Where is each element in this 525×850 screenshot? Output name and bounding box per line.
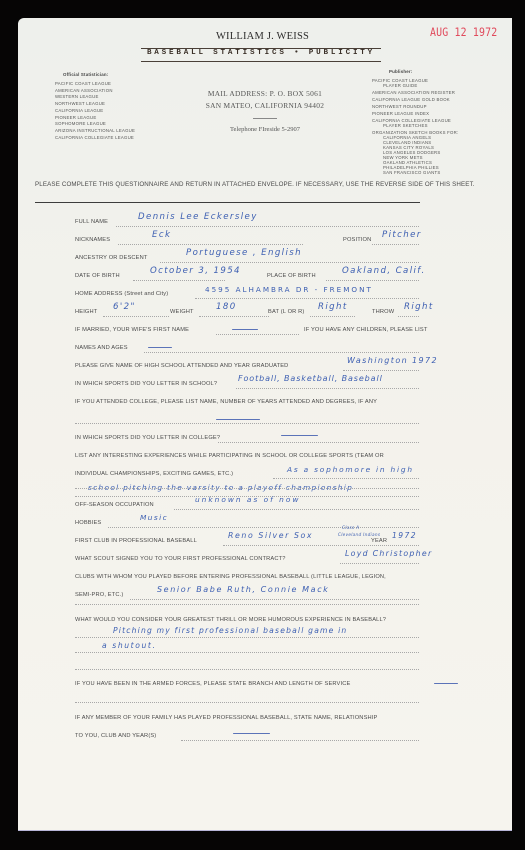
mail-address-line1: MAIL ADDRESS: P. O. BOX 5061 — [170, 88, 360, 100]
first-club-affiliate-note: Cleveland Indians — [338, 532, 380, 537]
date-of-birth-line — [133, 280, 225, 281]
statistician-item: PACIFIC COAST LEAGUE — [55, 81, 135, 88]
statistician-item: CALIFORNIA LEAGUE — [55, 108, 135, 115]
children-names-label: NAMES AND AGES — [75, 345, 128, 351]
experiences-label-line1: LIST ANY INTERESTING EXPERIENCES WHILE P… — [75, 453, 384, 459]
year-label: YEAR — [371, 538, 387, 544]
college-sports-dash — [281, 435, 318, 436]
date-of-birth-answer[interactable]: October 3, 1954 — [150, 266, 241, 276]
instructions-rule — [35, 202, 420, 203]
family-label-line2: TO YOU, CLUB AND YEAR(S) — [75, 733, 156, 739]
thrill-line3 — [75, 669, 419, 670]
scout-label: WHAT SCOUT SIGNED YOU TO YOUR FIRST PROF… — [75, 556, 286, 562]
place-of-birth-answer[interactable]: Oakland, Calif. — [342, 266, 426, 276]
publisher-item: AMERICAN ASSOCIATION REGISTER — [372, 90, 458, 95]
letterhead-name: WILLIAM J. WEISS — [0, 31, 525, 42]
ancestry-label: ANCESTRY OR DESCENT — [75, 255, 147, 261]
wife-name-line — [216, 334, 299, 335]
position-answer[interactable]: Pitcher — [382, 230, 422, 240]
publisher-item: CALIFORNIA COLLEGIATE LEAGUE — [372, 118, 458, 123]
statistician-item: PIONEER LEAGUE — [55, 115, 135, 122]
publisher-item: PLAYER GUIDE — [372, 83, 458, 88]
scout-line — [340, 563, 419, 564]
bat-answer[interactable]: Right — [318, 302, 348, 312]
clubs-before-line — [130, 599, 419, 600]
statistician-item: ARIZONA INSTRUCTIONAL LEAGUE — [55, 128, 135, 135]
year-answer[interactable]: 1972 — [392, 531, 417, 540]
bat-line — [310, 316, 355, 317]
school-sports-label: IN WHICH SPORTS DID YOU LETTER IN SCHOOL… — [75, 381, 217, 387]
weight-line — [199, 316, 269, 317]
experiences-line1 — [273, 478, 419, 479]
bat-label: BAT (L OR R) — [268, 309, 304, 315]
ancestry-line — [160, 262, 419, 263]
thrill-line1 — [75, 637, 419, 638]
publisher-list: PACIFIC COAST LEAGUE PLAYER GUIDE AMERIC… — [372, 78, 458, 175]
full-name-answer[interactable]: Dennis Lee Eckersley — [138, 212, 258, 222]
experiences-label-line2: INDIVIDUAL CHAMPIONSHIPS, EXCITING GAMES… — [75, 471, 233, 477]
height-label: HEIGHT — [75, 309, 97, 315]
statistician-heading: Official Statistician: — [63, 72, 108, 77]
off-season-line — [174, 509, 419, 510]
thrill-label: WHAT WOULD YOU CONSIDER YOUR GREATEST TH… — [75, 617, 386, 623]
experiences-answer-line1[interactable]: As a sophomore in high — [287, 465, 414, 474]
position-label: POSITION — [343, 237, 371, 243]
family-line — [181, 740, 419, 741]
full-name-label: FULL NAME — [75, 219, 108, 225]
telephone: Telephone FIreside 5-2907 — [170, 126, 360, 133]
children-names-line — [144, 352, 419, 353]
college-sports-line — [218, 442, 419, 443]
nicknames-line — [118, 244, 303, 245]
first-club-label: FIRST CLUB IN PROFESSIONAL BASEBALL — [75, 538, 197, 544]
armed-forces-dash — [434, 683, 458, 684]
children-label: IF YOU HAVE ANY CHILDREN, PLEASE LIST — [304, 327, 427, 333]
thrill-answer-line2[interactable]: a shutout. — [102, 641, 156, 650]
high-school-answer[interactable]: Washington 1972 — [347, 356, 438, 365]
date-of-birth-label: DATE OF BIRTH — [75, 273, 120, 279]
letterhead-rule-bottom — [141, 61, 381, 62]
off-season-label: OFF-SEASON OCCUPATION — [75, 502, 154, 508]
publisher-item: PIONEER LEAGUE INDEX — [372, 111, 458, 116]
statistician-item: CALIFORNIA COLLEGIATE LEAGUE — [55, 135, 135, 142]
armed-forces-label: IF YOU HAVE BEEN IN THE ARMED FORCES, PL… — [75, 681, 350, 687]
height-line — [103, 316, 169, 317]
publisher-item: ORGANIZATION SKETCH BOOKS FOR: — [372, 130, 458, 135]
family-label-line1: IF ANY MEMBER OF YOUR FAMILY HAS PLAYED … — [75, 715, 377, 721]
scout-answer[interactable]: Loyd Christopher — [345, 549, 433, 558]
experiences-line3 — [75, 488, 419, 489]
home-address-line — [195, 298, 419, 299]
throw-line — [398, 316, 419, 317]
school-sports-answer[interactable]: Football, Basketball, Baseball — [238, 374, 383, 383]
address-divider — [253, 118, 277, 119]
clubs-before-answer[interactable]: Senior Babe Ruth, Connie Mack — [157, 585, 329, 594]
publisher-heading: Publisher: — [389, 69, 412, 74]
form-instructions: PLEASE COMPLETE THIS QUESTIONNAIRE AND R… — [35, 180, 485, 190]
home-address-answer[interactable]: 4595 ALHAMBRA DR - FREMONT — [205, 285, 373, 294]
publisher-item: NORTHWEST ROUNDUP — [372, 104, 458, 109]
off-season-answer[interactable]: unknown as of now — [195, 495, 300, 504]
statistician-list: PACIFIC COAST LEAGUE AMERICAN ASSOCIATIO… — [55, 81, 135, 141]
children-dash — [148, 347, 172, 348]
ancestry-answer[interactable]: Portuguese , English — [186, 248, 302, 258]
clubs-before-label-line2: SEMI-PRO, ETC.) — [75, 592, 123, 598]
nicknames-answer[interactable]: Eck — [152, 230, 171, 240]
publisher-item: CALIFORNIA LEAGUE GOLD BOOK — [372, 97, 458, 102]
position-line — [372, 244, 419, 245]
thrill-line2 — [75, 652, 419, 653]
statistician-item: SOPHOMORE LEAGUE — [55, 121, 135, 128]
weight-label: WEIGHT — [170, 309, 194, 315]
place-of-birth-label: PLACE OF BIRTH — [267, 273, 316, 279]
school-sports-line — [236, 388, 419, 389]
high-school-label: PLEASE GIVE NAME OF HIGH SCHOOL ATTENDED… — [75, 363, 288, 369]
home-address-label: HOME ADDRESS (Street and City) — [75, 291, 168, 297]
place-of-birth-line — [326, 280, 419, 281]
throw-label: THROW — [372, 309, 394, 315]
nicknames-label: NICKNAMES — [75, 237, 110, 243]
statistician-item: AMERICAN ASSOCIATION — [55, 88, 135, 95]
college-sports-label: IN WHICH SPORTS DID YOU LETTER IN COLLEG… — [75, 435, 220, 441]
wife-name-label: IF MARRIED, YOUR WIFE'S FIRST NAME — [75, 327, 189, 333]
publisher-item: PLAYER SKETCHES — [372, 123, 458, 128]
mail-address-line2: SAN MATEO, CALIFORNIA 94402 — [170, 100, 360, 112]
college-line — [75, 423, 419, 424]
high-school-line — [343, 370, 419, 371]
publisher-item: SAN FRANCISCO GIANTS — [372, 170, 458, 175]
first-club-answer[interactable]: Reno Silver Sox — [228, 531, 313, 540]
thrill-answer-line1[interactable]: Pitching my first professional baseball … — [113, 626, 347, 635]
letterhead-tagline: BASEBALL STATISTICS • PUBLICITY — [141, 49, 381, 57]
first-club-class-note: Class A — [342, 525, 359, 530]
armed-forces-extra-line — [75, 702, 419, 703]
first-club-line — [223, 545, 419, 546]
throw-answer[interactable]: Right — [404, 302, 434, 312]
wife-name-dash — [232, 329, 258, 330]
full-name-line — [116, 226, 419, 227]
weight-answer[interactable]: 180 — [216, 302, 237, 312]
clubs-before-label-line1: CLUBS WITH WHOM YOU PLAYED BEFORE ENTERI… — [75, 574, 386, 580]
hobbies-label: HOBBIES — [75, 520, 101, 526]
height-answer[interactable]: 6'2" — [113, 302, 136, 312]
college-label: IF YOU ATTENDED COLLEGE, PLEASE LIST NAM… — [75, 399, 377, 405]
family-dash — [233, 733, 270, 734]
college-dash — [216, 419, 260, 420]
clubs-before-extra-line — [75, 604, 419, 605]
statistician-item: NORTHWEST LEAGUE — [55, 101, 135, 108]
statistician-item: WESTERN LEAGUE — [55, 94, 135, 101]
hobbies-answer[interactable]: Music — [140, 513, 168, 522]
hobbies-line — [108, 527, 419, 528]
